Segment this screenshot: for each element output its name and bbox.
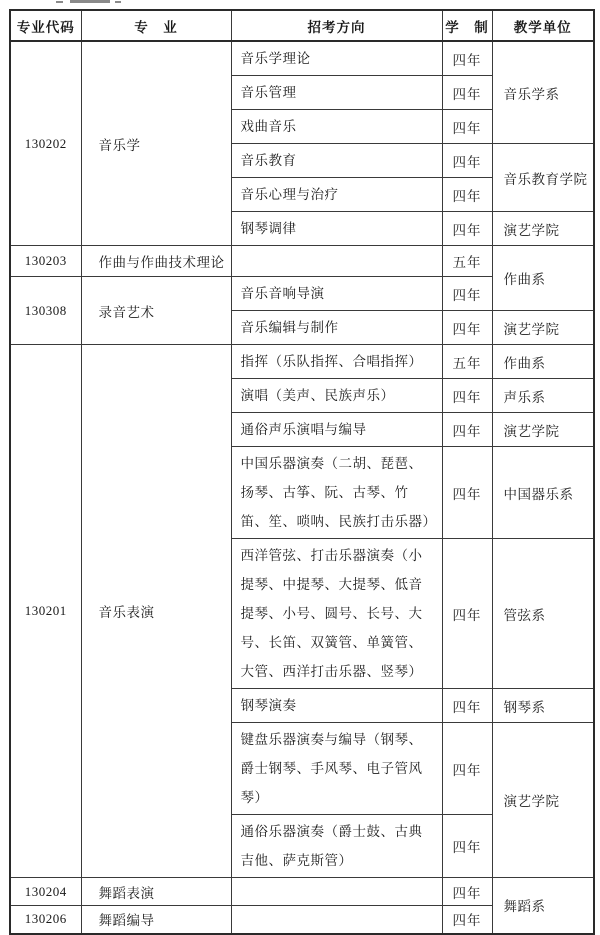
direction-cell <box>231 906 442 934</box>
duration-cell: 四年 <box>442 41 492 76</box>
table-row: 130201 音乐表演 指挥（乐队指挥、合唱指挥） 五年 作曲系 <box>10 345 594 379</box>
table-row: 130204 舞蹈表演 四年 舞蹈系 <box>10 878 594 906</box>
unit-cell: 管弦系 <box>492 539 594 689</box>
direction-cell: 键盘乐器演奏与编导（钢琴、爵士钢琴、手风琴、电子管风琴） <box>231 723 442 815</box>
major-cell: 录音艺术 <box>81 277 231 345</box>
direction-cell <box>231 878 442 906</box>
direction-cell: 音乐音响导演 <box>231 277 442 311</box>
unit-cell: 中国器乐系 <box>492 447 594 539</box>
majors-table: 专业代码 专 业 招考方向 学 制 教学单位 130202 音乐学 音乐学理论 … <box>9 9 595 935</box>
direction-cell: 音乐心理与治疗 <box>231 178 442 212</box>
duration-cell: 四年 <box>442 723 492 815</box>
direction-cell: 钢琴演奏 <box>231 689 442 723</box>
direction-cell: 通俗乐器演奏（爵士鼓、古典吉他、萨克斯管） <box>231 815 442 878</box>
major-code-cell: 130204 <box>10 878 81 906</box>
unit-cell: 作曲系 <box>492 246 594 311</box>
direction-cell: 中国乐器演奏（二胡、琵琶、扬琴、古筝、阮、古琴、竹笛、笙、唢呐、民族打击乐器） <box>231 447 442 539</box>
col-header-unit: 教学单位 <box>492 10 594 41</box>
clipped-text-fragment <box>115 1 121 3</box>
unit-cell: 声乐系 <box>492 379 594 413</box>
direction-cell: 音乐学理论 <box>231 41 442 76</box>
duration-cell: 四年 <box>442 144 492 178</box>
direction-cell: 音乐管理 <box>231 76 442 110</box>
table-row: 130203 作曲与作曲技术理论 五年 作曲系 <box>10 246 594 277</box>
major-code-cell: 130308 <box>10 277 81 345</box>
col-header-major: 专 业 <box>81 10 231 41</box>
major-cell: 作曲与作曲技术理论 <box>81 246 231 277</box>
clipped-text-fragment <box>70 0 110 3</box>
major-cell: 音乐学 <box>81 41 231 246</box>
direction-cell: 音乐编辑与制作 <box>231 311 442 345</box>
col-header-duration: 学 制 <box>442 10 492 41</box>
unit-cell: 演艺学院 <box>492 413 594 447</box>
duration-cell: 四年 <box>442 110 492 144</box>
col-header-major-code: 专业代码 <box>10 10 81 41</box>
direction-cell: 西洋管弦、打击乐器演奏（小提琴、中提琴、大提琴、低音提琴、小号、圆号、长号、大号… <box>231 539 442 689</box>
direction-cell: 戏曲音乐 <box>231 110 442 144</box>
unit-cell: 舞蹈系 <box>492 878 594 934</box>
duration-cell: 四年 <box>442 76 492 110</box>
duration-cell: 五年 <box>442 246 492 277</box>
major-cell: 舞蹈表演 <box>81 878 231 906</box>
duration-cell: 四年 <box>442 277 492 311</box>
direction-cell <box>231 246 442 277</box>
major-cell: 舞蹈编导 <box>81 906 231 934</box>
table-row: 130202 音乐学 音乐学理论 四年 音乐学系 <box>10 41 594 76</box>
unit-cell: 演艺学院 <box>492 212 594 246</box>
col-header-direction: 招考方向 <box>231 10 442 41</box>
direction-cell: 演唱（美声、民族声乐） <box>231 379 442 413</box>
duration-cell: 四年 <box>442 689 492 723</box>
duration-cell: 四年 <box>442 311 492 345</box>
direction-cell: 指挥（乐队指挥、合唱指挥） <box>231 345 442 379</box>
duration-cell: 四年 <box>442 878 492 906</box>
clipped-text-fragment <box>56 1 63 3</box>
major-cell: 音乐表演 <box>81 345 231 878</box>
unit-cell: 演艺学院 <box>492 723 594 878</box>
duration-cell: 四年 <box>442 906 492 934</box>
direction-cell: 通俗声乐演唱与编导 <box>231 413 442 447</box>
unit-cell: 钢琴系 <box>492 689 594 723</box>
duration-cell: 四年 <box>442 539 492 689</box>
major-code-cell: 130202 <box>10 41 81 246</box>
unit-cell: 作曲系 <box>492 345 594 379</box>
duration-cell: 四年 <box>442 447 492 539</box>
direction-cell: 音乐教育 <box>231 144 442 178</box>
unit-cell: 演艺学院 <box>492 311 594 345</box>
duration-cell: 四年 <box>442 379 492 413</box>
duration-cell: 四年 <box>442 413 492 447</box>
duration-cell: 四年 <box>442 212 492 246</box>
major-code-cell: 130201 <box>10 345 81 878</box>
major-code-cell: 130203 <box>10 246 81 277</box>
duration-cell: 五年 <box>442 345 492 379</box>
major-code-cell: 130206 <box>10 906 81 934</box>
unit-cell: 音乐教育学院 <box>492 144 594 212</box>
header-row: 专业代码 专 业 招考方向 学 制 教学单位 <box>10 10 594 41</box>
direction-cell: 钢琴调律 <box>231 212 442 246</box>
duration-cell: 四年 <box>442 815 492 878</box>
duration-cell: 四年 <box>442 178 492 212</box>
unit-cell: 音乐学系 <box>492 41 594 144</box>
